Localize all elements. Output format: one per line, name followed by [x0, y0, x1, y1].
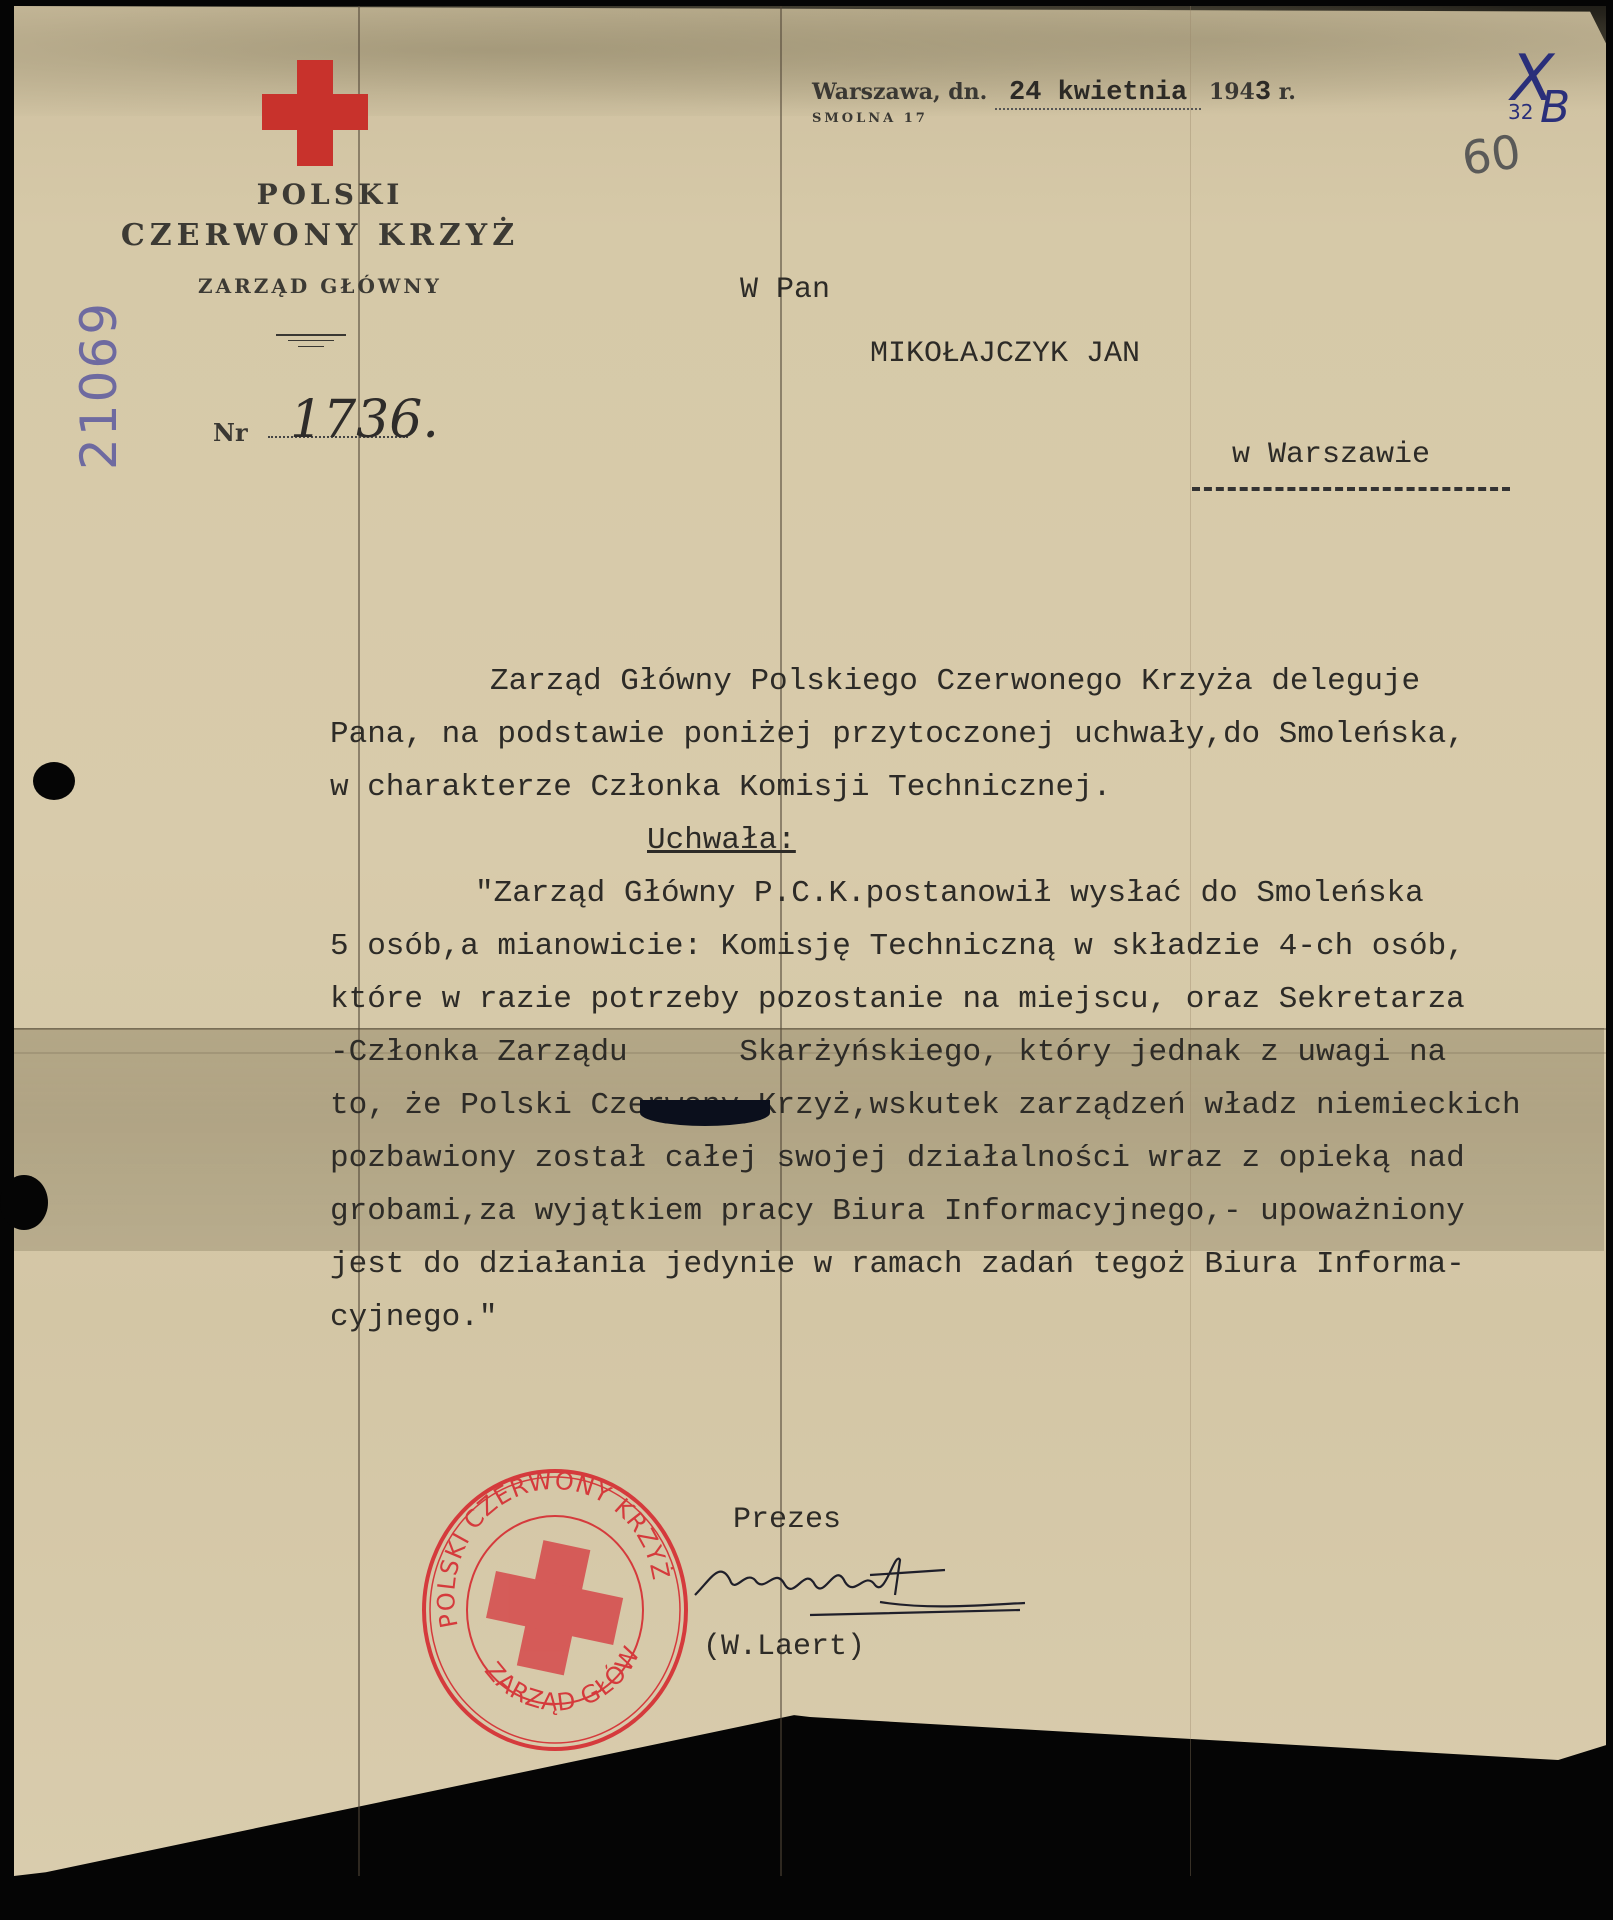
- letterhead-line3: ZARZĄD GŁÓWNY: [130, 274, 510, 298]
- dateline-city: Warszawa, dn.: [812, 79, 987, 105]
- letterhead-rule: [276, 334, 346, 336]
- letter-body: Zarząd Główny Polskiego Czerwonego Krzyż…: [330, 655, 1610, 1344]
- body-line: 5 osób,a mianowicie: Komisję Techniczną …: [330, 920, 1610, 973]
- dateline-year-prefix: 194: [1209, 79, 1255, 105]
- blue-ink-fraction: 32: [1508, 100, 1533, 124]
- dateline: Warszawa, dn. 24 kwietnia 1943 r.: [812, 78, 1296, 110]
- reference-number-handwritten: 1736.: [290, 390, 439, 450]
- body-line: -Członka Zarządu Skarżyńskiego, który je…: [330, 1026, 1610, 1079]
- body-line: Zarząd Główny Polskiego Czerwonego Krzyż…: [330, 655, 1610, 708]
- addressee-name: MIKOŁAJCZYK JAN: [870, 337, 1140, 371]
- margin-archive-number: 21069: [70, 301, 128, 470]
- body-line: to, że Polski Czerwony Krzyż,wskutek zar…: [330, 1079, 1610, 1132]
- body-line: które w razie potrzeby pozostanie na mie…: [330, 973, 1610, 1026]
- dateline-date-field: 24 kwietnia: [995, 78, 1201, 110]
- addressee-salutation: W Pan: [740, 273, 830, 307]
- punch-hole: [33, 762, 75, 800]
- body-line: pozbawiony został całej swojej działalno…: [330, 1132, 1610, 1185]
- letterhead-rule: [288, 340, 334, 341]
- letterhead-rule: [298, 346, 324, 347]
- resolution-heading: Uchwała:: [330, 814, 1610, 867]
- body-line: "Zarząd Główny P.C.K.postanowił wysłać d…: [330, 867, 1610, 920]
- blue-ink-letter: B: [1540, 82, 1570, 133]
- official-stamp: POLSKI CZERWONY KRZYŻ ZARZĄD GŁÓWNY: [418, 1466, 692, 1754]
- body-line: w charakterze Członka Komisji Techniczne…: [330, 761, 1610, 814]
- letterhead-line2: CZERWONY KRZYŻ: [80, 218, 560, 253]
- ink-blot: [640, 1100, 770, 1126]
- signatory-title: Prezes: [733, 1503, 841, 1537]
- water-stain: [14, 6, 1606, 116]
- signatory-name: (W.Laert): [703, 1630, 865, 1664]
- letterhead-line1: POLSKI: [200, 178, 460, 211]
- red-cross-icon: [262, 60, 368, 166]
- sender-address: SMOLNA 17: [812, 111, 928, 126]
- body-line: grobami,za wyjątkiem pracy Biura Informa…: [330, 1185, 1610, 1238]
- body-line: Pana, na podstawie poniżej przytoczonej …: [330, 708, 1610, 761]
- punch-hole: [0, 1175, 48, 1230]
- addressee-city: w Warszawie: [1232, 438, 1430, 472]
- dateline-year-digit: 3: [1255, 78, 1271, 108]
- handwritten-signature: [690, 1540, 1030, 1620]
- addressee-underline: [1192, 487, 1510, 491]
- dateline-day-month: 24 kwietnia: [1009, 78, 1187, 108]
- body-line: cyjnego.": [330, 1291, 1610, 1344]
- reference-number-label: Nr: [213, 418, 248, 447]
- body-line: jest do działania jedynie w ramach zadań…: [330, 1238, 1610, 1291]
- dateline-suffix: r.: [1279, 79, 1296, 105]
- pencil-number: 60: [1459, 124, 1524, 186]
